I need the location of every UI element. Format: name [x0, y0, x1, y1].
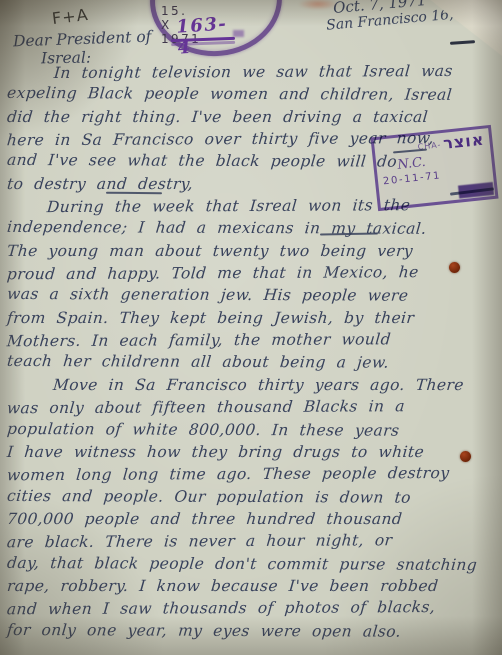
stamp-prefix: CHA- [417, 140, 442, 151]
red-ink-smudge [298, 0, 338, 10]
letter-line: population of white 800,000. In these ye… [6, 417, 497, 441]
letter-line: 700,000 people and three hundred thousan… [6, 508, 497, 530]
letter-line: Move in Sa Francisco thirty years ago. T… [6, 374, 497, 396]
stamp-ink-smudge [233, 30, 244, 37]
letter-line: proud and happy. Told me that in Mexico,… [6, 261, 497, 286]
ink-dot [449, 262, 460, 273]
letter-line: from Spain. They kept being Jewish, by t… [6, 307, 497, 329]
letter-line: day, that black people don't commit purs… [6, 551, 497, 575]
letter-page: F+A 15. X 1971 163-4 Oct. 7, 1971 San Fr… [0, 0, 502, 655]
letter-line: did the right thing. I've been driving a… [6, 106, 497, 128]
letter-line: I have witness how they bring drugs to w… [6, 441, 497, 463]
stamp-file-number: 163-4 [176, 13, 230, 58]
letter-line: women long long time ago. These people d… [6, 462, 497, 487]
salutation-line-1: Dear President of [13, 28, 152, 51]
letter-line: are black. There is never a hour night, … [6, 529, 497, 554]
letter-line: The young man about twenty two being ver… [6, 240, 497, 262]
archive-rect-stamp: CHA-אוצר N.C. 20-11-71 [370, 125, 498, 211]
letter-line: rape, robbery. I know because I've been … [6, 575, 497, 597]
letter-line: teach her childrenn all about being a je… [6, 350, 497, 374]
corner-annotation: F+A [51, 5, 90, 28]
letter-line: cities and people. Our population is dow… [6, 484, 497, 508]
letter-line: was a sixth generation jew. His people w… [6, 283, 497, 307]
letter-line: for only one year, my eyes were open als… [6, 619, 497, 643]
ink-dot [460, 451, 471, 462]
letter-line: and when I saw thousands of photos of bl… [6, 596, 497, 621]
letter-line: expeling Black people women and children… [6, 82, 497, 106]
letter-line: independence; I had a mexicans in my tax… [6, 216, 497, 240]
corner-fold [430, 0, 502, 64]
letter-line: was only about fifteen thousand Blacks i… [6, 395, 497, 420]
stamp-ink-blob [458, 182, 494, 199]
letter-line: In tonight television we saw that Isreal… [6, 60, 497, 85]
letter-line: Mothers. In each family, the mother woul… [6, 328, 497, 353]
